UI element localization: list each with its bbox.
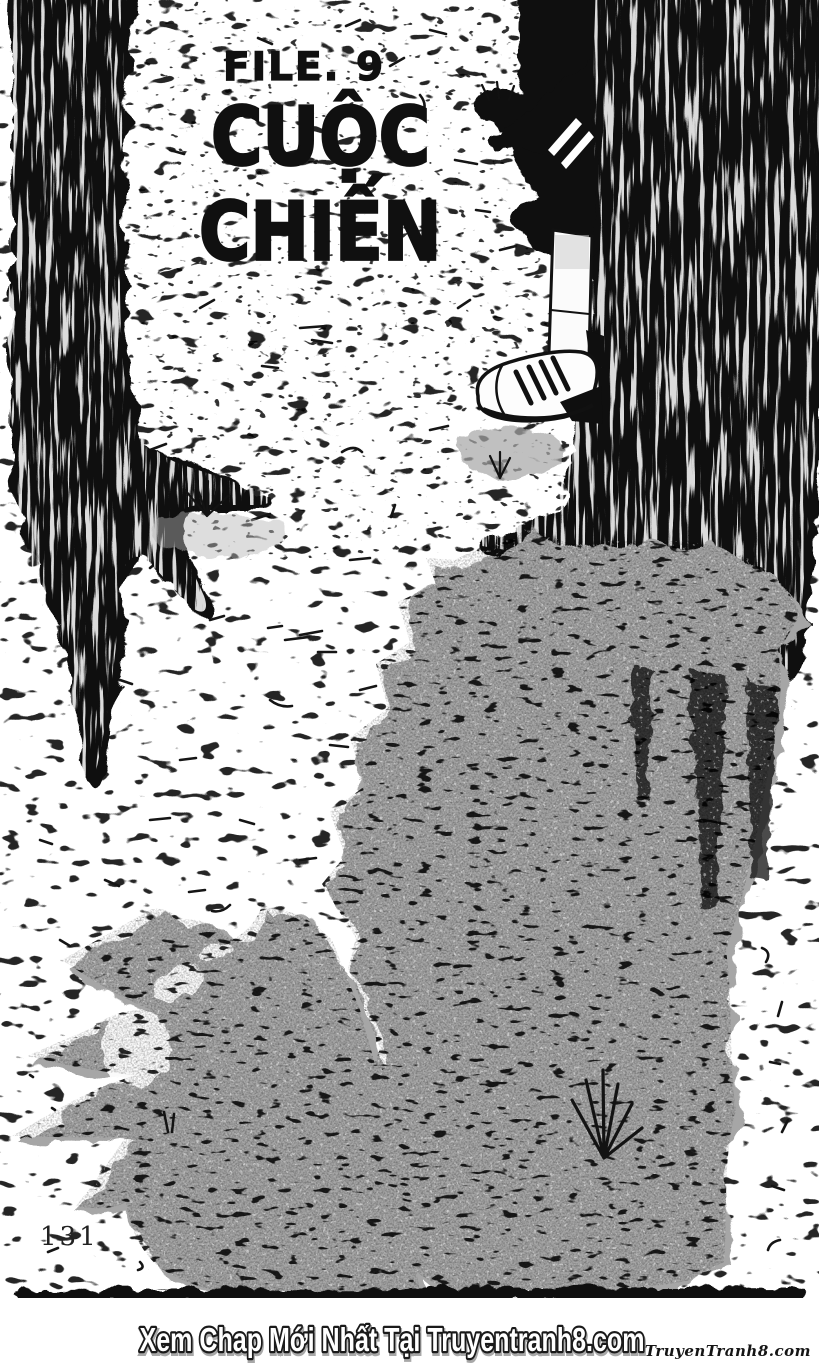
chapter-title-line1: CUỘC bbox=[211, 97, 430, 177]
page-number: 131 bbox=[40, 1222, 99, 1252]
site-watermark: TruyenTranh8.com bbox=[645, 1342, 811, 1360]
footer-banner: Xem Chap Mới Nhất Tại Truyentranh8.com X… bbox=[0, 1298, 819, 1368]
chapter-title-line2: CHIẾN bbox=[199, 192, 441, 272]
chapter-file-label: FILE. 9 bbox=[223, 48, 385, 87]
manga-page: FILE. 9 CUỘC CHIẾN 131 Xem Chap Mới Nhất… bbox=[0, 0, 819, 1368]
footer-promo-text: Xem Chap Mới Nhất Tại Truyentranh8.com bbox=[140, 1321, 645, 1358]
